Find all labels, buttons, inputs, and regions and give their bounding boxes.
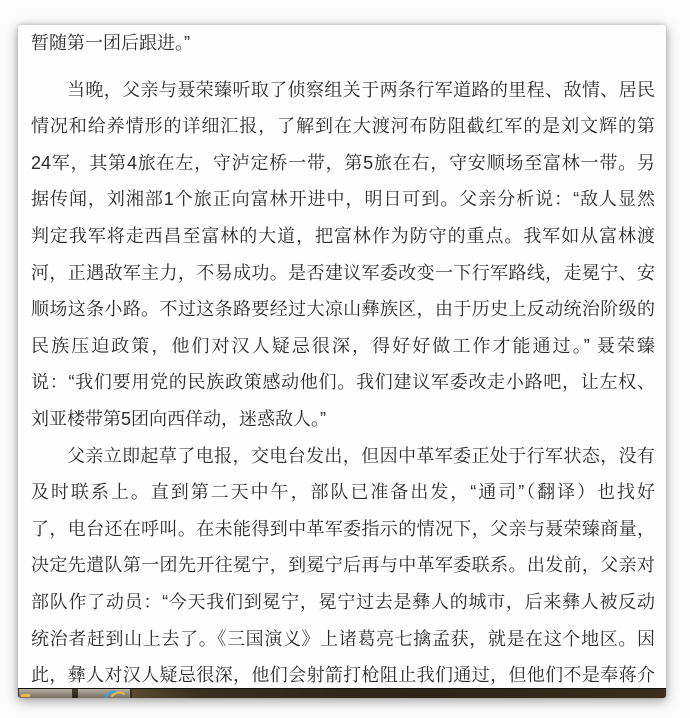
app-swirl-icon xyxy=(104,689,126,698)
text-line: 说：“我们要用党的民族政策感动他们。我们建议军委改走小路吧，让左权、 xyxy=(31,364,655,401)
taskbar-button-2[interactable] xyxy=(77,689,131,698)
text-line: 河，正遇敌军主力，不易成功。是否建议军委改变一下行军路线，走冕宁、安 xyxy=(31,255,655,292)
taskbar-highlight xyxy=(21,694,30,697)
text-line: 顺场这条小路。不过这条路要经过大凉山彝族区，由于历史上反动统治阶级的 xyxy=(31,291,655,328)
taskbar-button-1[interactable] xyxy=(18,689,73,698)
page-text: 暂随第一团后跟进。”当晚，父亲与聂荣臻听取了侦察组关于两条行军道路的里程、敌情、… xyxy=(18,25,666,688)
text-line: 当晚，父亲与聂荣臻听取了侦察组关于两条行军道路的里程、敌情、居民 xyxy=(31,72,655,109)
text-line: 统治者赶到山上去了。《三国演义》上诸葛亮七擒孟获，就是在这个地区。因 xyxy=(31,621,655,658)
text-line: 暂随第一团后跟进。” xyxy=(31,25,655,62)
text-line: 了，电台还在呼叫。在未能得到中革军委指示的情况下，父亲与聂荣臻商量， xyxy=(31,511,655,548)
text-line: 决定先遣队第一团先开往冕宁，到冕宁后再与中革军委联系。出发前，父亲对 xyxy=(31,547,655,584)
text-line: 民族压迫政策，他们对汉人疑忌很深，得好好做工作才能通过。” 聂荣臻 xyxy=(31,328,655,365)
clipped-taskbar xyxy=(18,688,666,698)
text-line: 判定我军将走西昌至富林的大道，把富林作为防守的重点。我军如从富林渡 xyxy=(31,218,655,255)
text-line: 刘亚楼带第5团向西佯动，迷惑敌人。” xyxy=(31,401,655,438)
text-line: 父亲立即起草了电报，交电台发出，但因中革军委正处于行军状态，没有 xyxy=(31,438,655,475)
paragraph-2: 当晚，父亲与聂荣臻听取了侦察组关于两条行军道路的里程、敌情、居民情况和给养情形的… xyxy=(31,72,655,438)
text-line: 此，彝人对汉人疑忌很深，他们会射箭打枪阻止我们通过，但他们不是奉蒋介 xyxy=(31,657,655,688)
ebook-page: 暂随第一团后跟进。”当晚，父亲与聂荣臻听取了侦察组关于两条行军道路的里程、敌情、… xyxy=(18,25,666,698)
paragraph-3: 父亲立即起草了电报，交电台发出，但因中革军委正处于行军状态，没有及时联系上。直到… xyxy=(31,438,655,688)
paragraph-1: 暂随第一团后跟进。” xyxy=(31,25,655,62)
text-line: 部队作了动员：“今天我们到冕宁，冕宁过去是彝人的城市，后来彝人被反动 xyxy=(31,584,655,621)
text-line: 24军，其第4旅在左，守泸定桥一带，第5旅在右，守安顺场至富林一带。另 xyxy=(31,145,655,182)
taskbar-empty-area xyxy=(132,689,666,698)
text-line: 及时联系上。直到第二天中午，部队已准备出发，“通司”（翻译）也找好 xyxy=(31,474,655,511)
text-line: 情况和给养情形的详细汇报，了解到在大渡河布防阻截红军的是刘文辉的第 xyxy=(31,108,655,145)
screenshot-background: 暂随第一团后跟进。”当晚，父亲与聂荣臻听取了侦察组关于两条行军道路的里程、敌情、… xyxy=(0,0,690,718)
text-line: 据传闻，刘湘部1个旅正向富林开进中，明日可到。父亲分析说：“敌人显然 xyxy=(31,181,655,218)
